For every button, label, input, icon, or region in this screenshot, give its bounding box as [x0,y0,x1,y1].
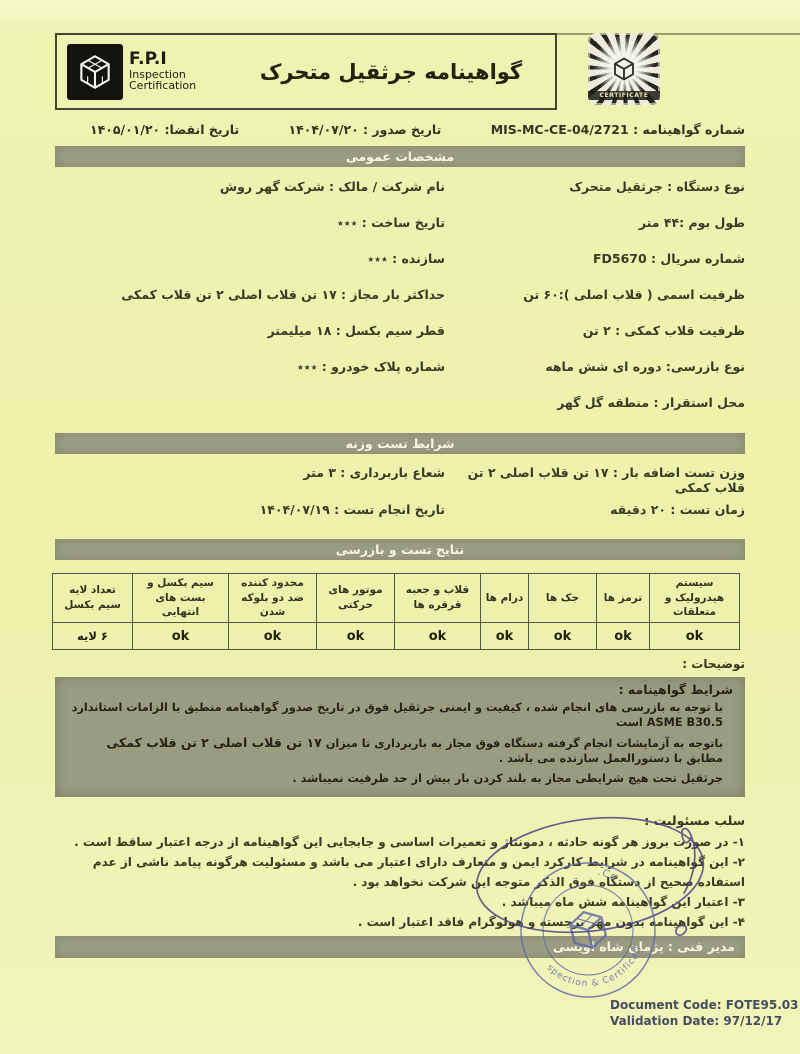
disclaimer-item-4: ۴- این گواهینامه بدون مهر برجسته و هولوگ… [55,912,745,932]
spec-manufacturer: سازنده : ٭٭٭ [55,249,445,266]
col-hook-pulley: قلاب و جعبه قرقره ها [395,574,481,623]
spec-inspection-type: نوع بازرسی: دوره ای شش ماهه [445,357,745,374]
section-results-title: نتایج تست و بازرسی [55,539,745,560]
disclaimer-list: ۱- در صورت بروز هر گونه حادثه ، دمونتاژ … [55,832,745,932]
col-anti-two-block: محدود کننده ضد دو بلوکه شدن [229,574,317,623]
disclaimer-item-1: ۱- در صورت بروز هر گونه حادثه ، دمونتاژ … [55,832,745,852]
col-hydraulic: سیستم هیدرولیک و متعلقات [650,574,740,623]
results-header-row: سیستم هیدرولیک و متعلقات ترمز ها جک ها د… [53,574,740,623]
hologram-seal-icon: CERTIFICATE [588,33,660,105]
spec-row: نوع دستگاه : جرثقیل متحرک نام شرکت / مال… [55,177,745,213]
certificate-meta: شماره گواهینامه : MIS-MC-CE-04/2721 تاری… [90,122,745,137]
spec-row: ظرفیت اسمی ( قلاب اصلی ):۶۰ تن حداکثر با… [55,285,745,321]
col-brakes: ترمز ها [597,574,650,623]
spec-empty [55,393,445,395]
conditions-line-2-bold: ۱۷ تن قلاب اصلی ۲ تن قلاب کمکی [106,735,321,750]
spec-row: ظرفیت قلاب کمکی : ۲ تن قطر سیم بکسل : ۱۸… [55,321,745,357]
spec-row: شماره سریال : FD5670 سازنده : ٭٭٭ [55,249,745,285]
section-general-title: مشخصات عمومی [55,146,745,167]
remarks-label: توضیحات : [55,657,745,671]
test-duration: زمان تست : ۲۰ دقیقه [445,500,745,517]
logo-line2: Certification [129,80,196,92]
val-anti-two-block: ok [229,623,317,650]
conditions-line-2-pre: باتوجه به آزمایشات انجام گرفته دستگاه فو… [322,737,723,750]
conditions-title: شرایط گواهینامه : [67,682,733,697]
test-row: وزن تست اضافه بار : ۱۷ تن قلاب اصلی ۲ تن… [55,463,745,500]
test-radius: شعاع باربرداری : ۳ متر [55,463,445,480]
certificate-number: شماره گواهینامه : MIS-MC-CE-04/2721 [491,122,745,137]
conditions-line-2: باتوجه به آزمایشات انجام گرفته دستگاه فو… [67,735,723,767]
test-overload-weight: وزن تست اضافه بار : ۱۷ تن قلاب اصلی ۲ تن… [445,463,745,495]
hologram-label: CERTIFICATE [588,91,660,100]
page-title: گواهینامه جرثقیل متحرک [227,60,555,84]
spec-location: محل استقرار : منطقه گل گهر [445,393,745,410]
disclaimer-item-2: ۲- این گواهینامه در شرایط کارکرد ایمن و … [55,852,745,892]
conditions-block: شرایط گواهینامه : با توجه به بازرسی های … [55,677,745,797]
issue-date: تاریخ صدور : ۱۴۰۴/۰۷/۲۰ [289,122,442,137]
fpi-logo: F.P.I Inspection Certification [57,44,227,100]
spec-boom-length: طول بوم :۴۴ متر [445,213,745,230]
fpi-cube-icon [67,44,123,100]
disclaimer-title: سلب مسئولیت : [55,813,745,828]
results-table: سیستم هیدرولیک و متعلقات ترمز ها جک ها د… [52,573,740,650]
certificate-page: F.P.I Inspection Certification گواهینامه… [0,0,800,1054]
header: F.P.I Inspection Certification گواهینامه… [0,33,800,110]
logo-abbr: F.P.I [129,51,196,69]
results-value-row: ok ok ok ok ok ok ok ok ۶ لایه [53,623,740,650]
manager-bar: مدیر فنی : پژمان شاه اویسی [55,936,745,958]
spec-device-type: نوع دستگاه : جرثقیل متحرک [445,177,745,194]
val-rope-layers: ۶ لایه [53,623,133,650]
disclaimer-item-3: ۳- اعتبار این گواهینامه شش ماه میباشد . [55,892,745,912]
fpi-logo-text: F.P.I Inspection Certification [129,51,196,92]
spec-nominal-capacity: ظرفیت اسمی ( قلاب اصلی ):۶۰ تن [445,285,745,302]
spec-aux-hook: ظرفیت قلاب کمکی : ۲ تن [445,321,745,338]
spec-serial: شماره سریال : FD5670 [445,249,745,266]
val-drums: ok [481,623,529,650]
conditions-line-1: با توجه به بازرسی های انجام شده ، کیفیت … [67,700,723,731]
val-hydraulic: ok [650,623,740,650]
document-code-block: Document Code: FOTE95.03 Validation Date… [610,997,798,1029]
spec-owner: نام شرکت / مالک : شرکت گهر روش [55,177,445,194]
spec-row: نوع بازرسی: دوره ای شش ماهه شماره پلاک خ… [55,357,745,393]
section-weight-test-title: شرایط تست وزنه [55,433,745,454]
conditions-line-2-post: مطابق با دستورالعمل سازنده می باشد . [499,752,723,765]
col-motors: موتور های حرکتی [317,574,395,623]
document-code: Document Code: FOTE95.03 [610,997,798,1013]
val-hook-pulley: ok [395,623,481,650]
conditions-line-3: جرثقیل تحت هیچ شرایطی مجاز به بلند کردن … [67,771,723,786]
general-specs: نوع دستگاه : جرثقیل متحرک نام شرکت / مال… [55,177,745,417]
col-rope-layers: تعداد لایه سیم بکسل [53,574,133,623]
spec-row: طول بوم :۴۴ متر تاریخ ساخت : ٭٭٭ [55,213,745,249]
expiry-date: تاریخ انقضا: ۱۴۰۵/۰۱/۲۰ [90,122,239,137]
test-row: زمان تست : ۲۰ دقیقه تاریخ انجام تست : ۱۴… [55,500,745,537]
spec-wire-diameter: قطر سیم بکسل : ۱۸ میلیمتر [55,321,445,338]
header-frame: F.P.I Inspection Certification گواهینامه… [55,33,557,110]
validation-date: Validation Date: 97/12/17 [610,1013,798,1029]
val-brakes: ok [597,623,650,650]
weight-test-rows: وزن تست اضافه بار : ۱۷ تن قلاب اصلی ۲ تن… [55,463,745,537]
col-wire-clamps: سیم بکسل و بست های انتهایی [133,574,229,623]
spec-plate-number: شماره پلاک خودرو : ٭٭٭ [55,357,445,374]
col-drums: درام ها [481,574,529,623]
spec-row: محل استقرار : منطقه گل گهر [55,393,745,417]
spec-build-date: تاریخ ساخت : ٭٭٭ [55,213,445,230]
val-motors: ok [317,623,395,650]
val-wire-clamps: ok [133,623,229,650]
spec-max-load: حداکثر بار مجاز : ۱۷ تن قلاب اصلی ۲ تن ق… [55,285,445,302]
col-jacks: جک ها [529,574,597,623]
val-jacks: ok [529,623,597,650]
test-date: تاریخ انجام تست : ۱۴۰۴/۰۷/۱۹ [55,500,445,517]
